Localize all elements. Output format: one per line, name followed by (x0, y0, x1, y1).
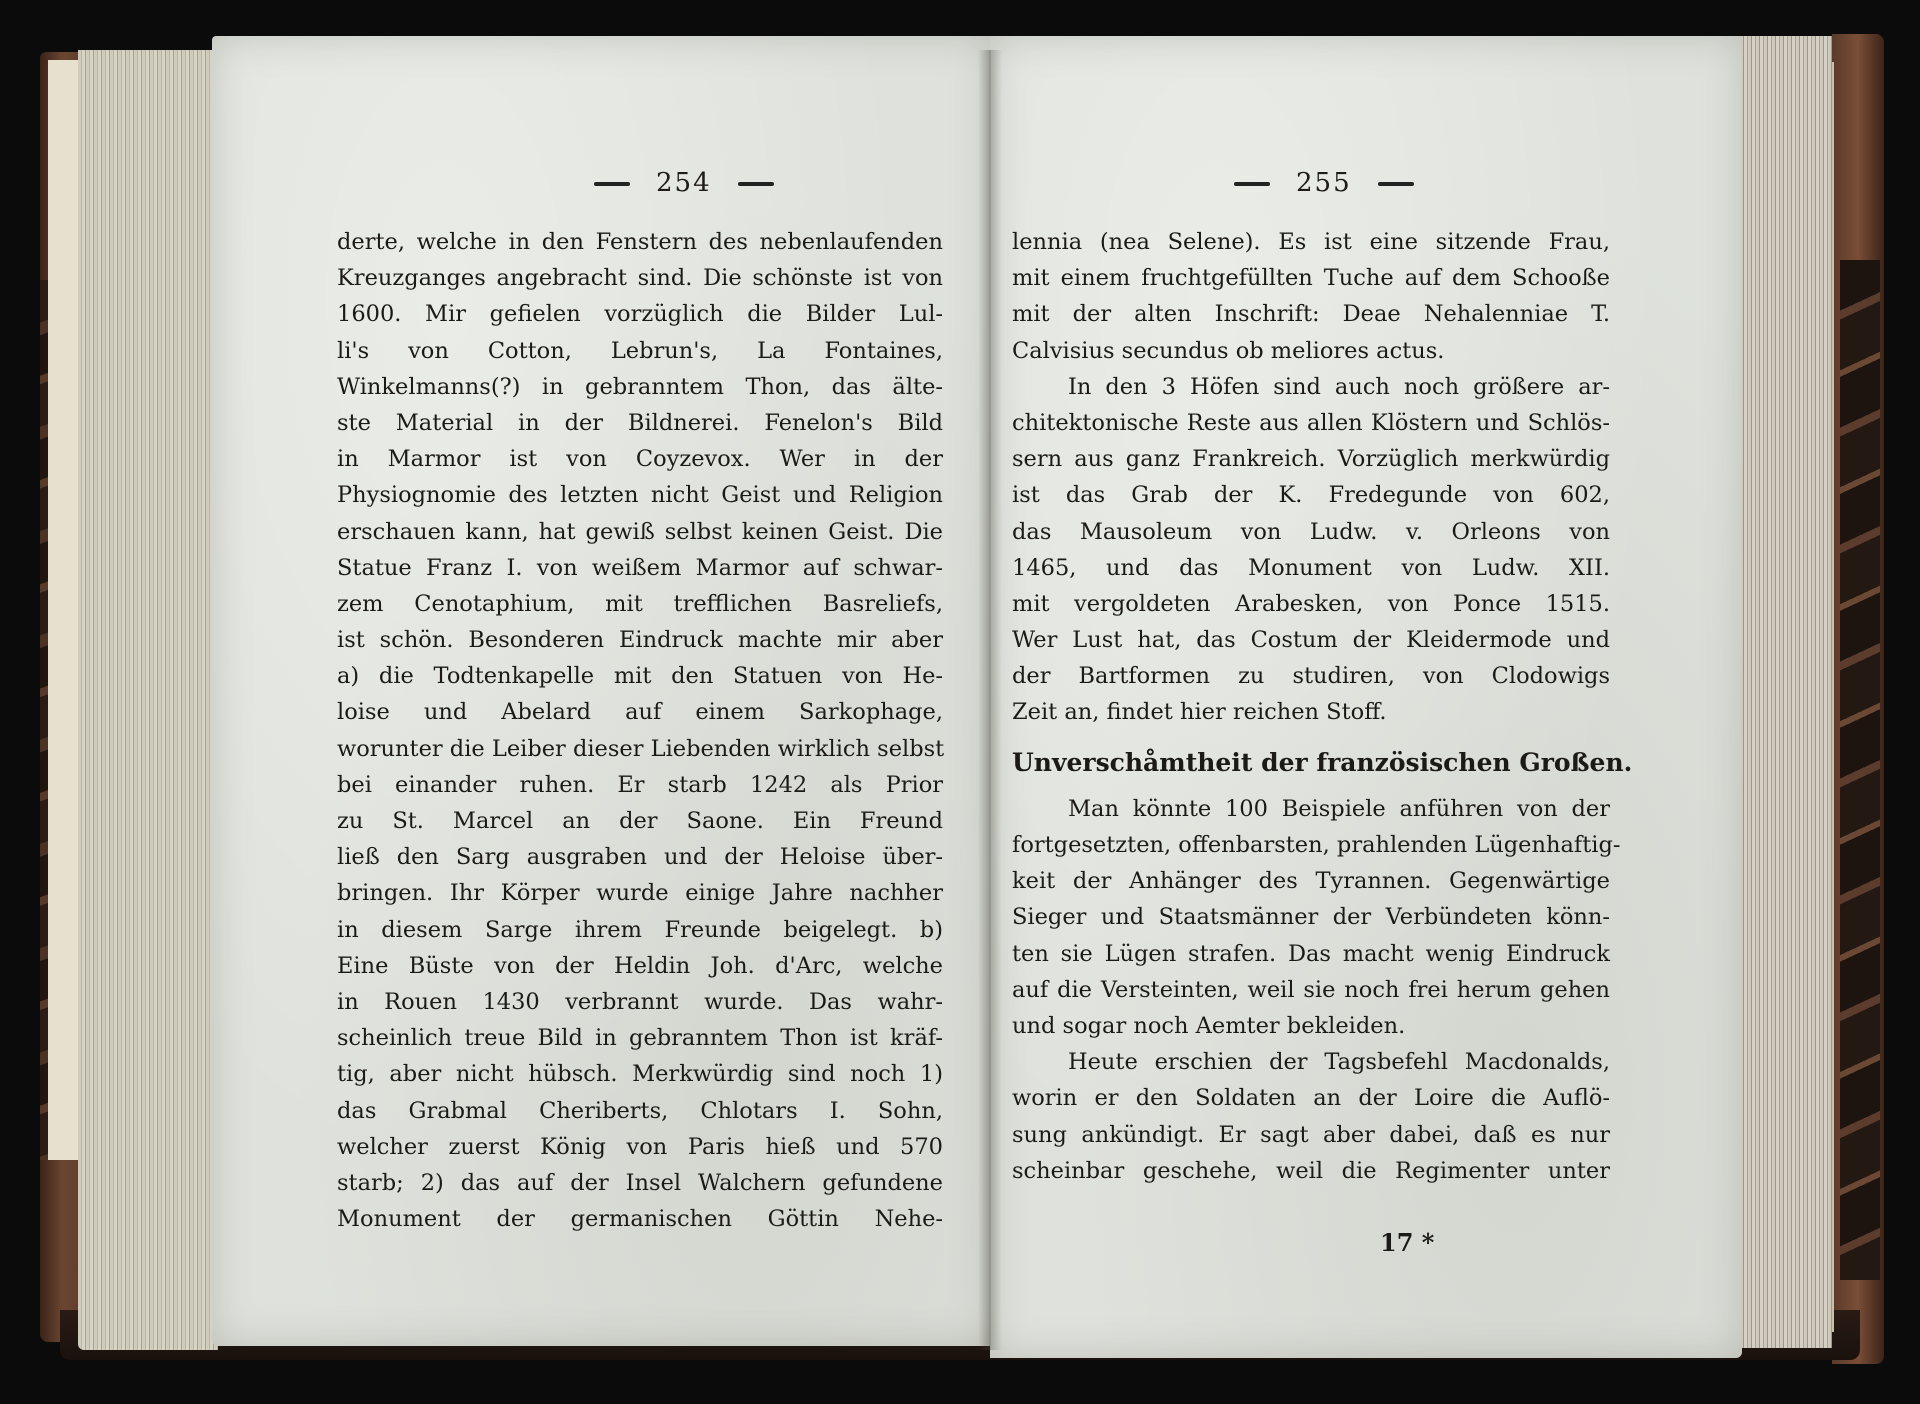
text-line: ist schön. Besonderen Eindruck machte mi… (337, 622, 943, 658)
text-line: bringen. Ihr Körper wurde einige Jahre n… (337, 875, 943, 911)
header-dash-right (738, 182, 774, 186)
text-line: scheinbar geschehe, weil die Regimenter … (1012, 1153, 1610, 1189)
text-line: Wer Lust hat, das Costum der Kleidermode… (1012, 622, 1610, 658)
text-line: worunter die Leiber dieser Liebenden wir… (337, 731, 943, 767)
text-line: worin er den Soldaten an der Loire die A… (1012, 1080, 1610, 1116)
text-line: a) die Todtenkapelle mit den Statuen von… (337, 658, 943, 694)
text-line: mit vergoldeten Arabesken, von Ponce 151… (1012, 586, 1610, 622)
text-line: tig, aber nicht hübsch. Merkwürdig sind … (337, 1056, 943, 1092)
header-dash-right (1378, 182, 1414, 186)
text-line: das Grabmal Cheriberts, Chlotars I. Sohn… (337, 1093, 943, 1129)
text-line: li's von Cotton, Lebrun's, La Fontaines, (337, 333, 943, 369)
right-page-body: lennia (nea Selene). Es ist eine sitzend… (1012, 224, 1610, 1189)
page-block-edge-right (1736, 36, 1832, 1348)
gutter-fold (978, 50, 1002, 1350)
text-line: chitektonische Reste aus allen Klöstern … (1012, 405, 1610, 441)
right-page-header: 255 (1208, 168, 1440, 198)
marbled-board-right (1840, 260, 1880, 1280)
page-block-edge-left (78, 50, 218, 1350)
text-line: zem Cenotaphium, mit trefflichen Basreli… (337, 586, 943, 622)
text-line: der Bartformen zu studiren, von Clodowig… (1012, 658, 1610, 694)
text-line: ste Material in der Bildnerei. Fenelon's… (337, 405, 943, 441)
page-number-right: 255 (1296, 168, 1352, 198)
text-line: erschauen kann, hat gewiß selbst keinen … (337, 514, 943, 550)
text-line: derte, welche in den Fenstern des nebenl… (337, 224, 943, 260)
text-line: ließ den Sarg ausgraben und der Heloise … (337, 839, 943, 875)
text-line: Calvisius secundus ob meliores actus. (1012, 333, 1610, 369)
text-line: 1465, und das Monument von Ludw. XII. (1012, 550, 1610, 586)
header-dash-left (1234, 182, 1270, 186)
text-line: in diesem Sarge ihrem Freunde beigelegt.… (337, 912, 943, 948)
text-line: in Marmor ist von Coyzevox. Wer in der (337, 441, 943, 477)
text-line: und sogar noch Aemter bekleiden. (1012, 1008, 1610, 1044)
text-line: Winkelmanns(?) in gebranntem Thon, das ä… (337, 369, 943, 405)
text-line: Sieger und Staatsmänner der Verbündeten … (1012, 899, 1610, 935)
text-line: Man könnte 100 Beispiele anführen von de… (1012, 791, 1610, 827)
text-line: mit der alten Inschrift: Deae Nehalennia… (1012, 296, 1610, 332)
text-line: Zeit an, findet hier reichen Stoff. (1012, 694, 1610, 730)
page-number-left: 254 (656, 168, 712, 198)
left-page-header: 254 (568, 168, 800, 198)
text-line: auf die Versteinten, weil sie noch frei … (1012, 972, 1610, 1008)
text-line: Statue Franz I. von weißem Marmor auf sc… (337, 550, 943, 586)
text-line: Heute erschien der Tagsbefehl Macdonalds… (1012, 1044, 1610, 1080)
text-line: loise und Abelard auf einem Sarkophage, (337, 694, 943, 730)
text-line: starb; 2) das auf der Insel Walchern gef… (337, 1165, 943, 1201)
text-line: Physiognomie des letzten nicht Geist und… (337, 477, 943, 513)
text-line: In den 3 Höfen sind auch noch größere ar… (1012, 369, 1610, 405)
signature-mark: 17 * (1380, 1228, 1434, 1257)
text-line: sern aus ganz Frankreich. Vorzüglich mer… (1012, 441, 1610, 477)
text-line: fortgesetzten, offenbarsten, prahlenden … (1012, 827, 1610, 863)
text-line: lennia (nea Selene). Es ist eine sitzend… (1012, 224, 1610, 260)
text-line: Monument der germanischen Göttin Nehe- (337, 1201, 943, 1237)
text-line: Kreuzganges angebracht sind. Die schönst… (337, 260, 943, 296)
text-line: ist das Grab der K. Fredegunde von 602, (1012, 477, 1610, 513)
open-book: 254 255 derte, welche in den Fenstern de… (0, 0, 1920, 1404)
text-line: das Mausoleum von Ludw. v. Orleons von (1012, 514, 1610, 550)
text-line: bei einander ruhen. Er starb 1242 als Pr… (337, 767, 943, 803)
text-line: mit einem fruchtgefüllten Tuche auf dem … (1012, 260, 1610, 296)
text-line: in Rouen 1430 verbrannt wurde. Das wahr- (337, 984, 943, 1020)
section-heading: Unverschåmtheit der französischen Großen… (1012, 745, 1610, 781)
text-line: keit der Anhänger des Tyrannen. Gegenwär… (1012, 863, 1610, 899)
text-line: 1600. Mir gefielen vorzüglich die Bilder… (337, 296, 943, 332)
text-line: welcher zuerst König von Paris hieß und … (337, 1129, 943, 1165)
left-page-body: derte, welche in den Fenstern des nebenl… (337, 224, 943, 1237)
text-line: sung ankündigt. Er sagt aber dabei, daß … (1012, 1117, 1610, 1153)
text-line: ten sie Lügen strafen. Das macht wenig E… (1012, 936, 1610, 972)
text-line: zu St. Marcel an der Saone. Ein Freund (337, 803, 943, 839)
header-dash-left (594, 182, 630, 186)
text-line: scheinlich treue Bild in gebranntem Thon… (337, 1020, 943, 1056)
text-line: Eine Büste von der Heldin Joh. d'Arc, we… (337, 948, 943, 984)
